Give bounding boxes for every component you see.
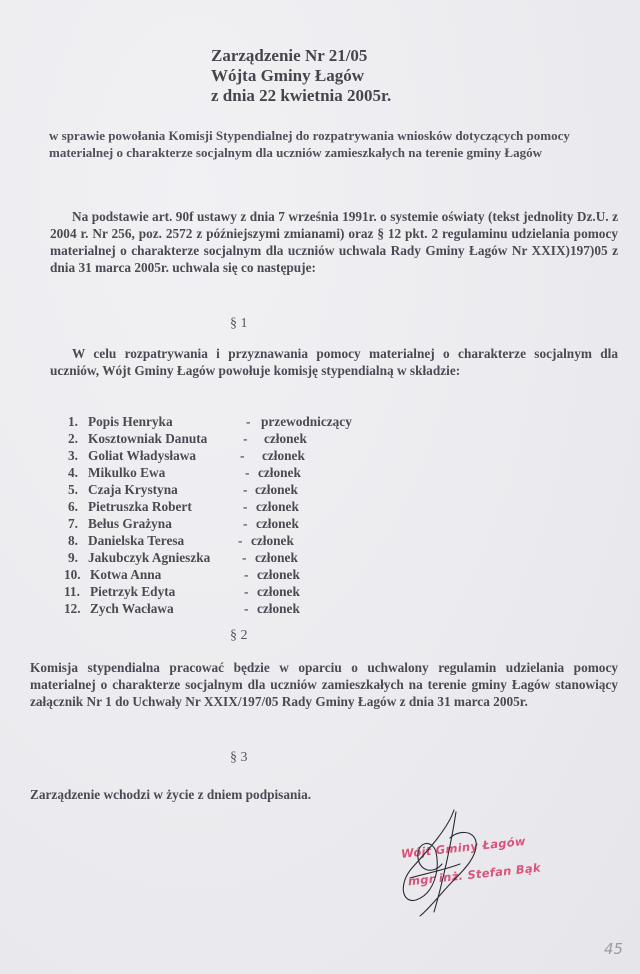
- member-name: Mikulko Ewa: [88, 464, 165, 481]
- member-dash: -: [240, 447, 244, 464]
- signature-icon: [390, 808, 510, 918]
- member-role: członek: [256, 498, 299, 515]
- member-number: 11.: [64, 583, 80, 600]
- member-dash: -: [244, 600, 248, 617]
- list-item: 12. Zych Wacława - członek: [64, 600, 68, 617]
- page-number: 45: [604, 940, 623, 958]
- title-line-1: Zarządzenie Nr 21/05: [211, 46, 391, 66]
- title-line-2: Wójta Gminy Łagów: [211, 66, 391, 86]
- member-name: Goliat Władysława: [88, 447, 196, 464]
- section-3-heading: § 3: [230, 750, 248, 766]
- member-role: członek: [258, 464, 301, 481]
- member-name: Kotwa Anna: [90, 566, 161, 583]
- member-dash: -: [244, 583, 248, 600]
- member-number: 10.: [64, 566, 81, 583]
- member-role: członek: [264, 430, 307, 447]
- member-role: członek: [251, 532, 294, 549]
- member-name: Danielska Teresa: [88, 532, 184, 549]
- section-1-heading: § 1: [230, 316, 248, 332]
- document-page: Zarządzenie Nr 21/05 Wójta Gminy Łagów z…: [0, 0, 640, 974]
- member-number: 2.: [68, 430, 78, 447]
- title-line-3: z dnia 22 kwietnia 2005r.: [211, 86, 391, 106]
- member-role: członek: [257, 600, 300, 617]
- member-dash: -: [243, 498, 247, 515]
- member-name: Popis Henryka: [88, 413, 173, 430]
- member-dash: -: [243, 515, 247, 532]
- member-number: 5.: [68, 481, 78, 498]
- member-number: 3.: [68, 447, 78, 464]
- member-dash: -: [238, 532, 242, 549]
- member-name: Zych Wacława: [90, 600, 174, 617]
- member-number: 9.: [68, 549, 78, 566]
- member-name: Kosztowniak Danuta: [88, 430, 207, 447]
- section-1-text: W celu rozpatrywania i przyznawania pomo…: [50, 345, 618, 379]
- member-role: członek: [262, 447, 305, 464]
- member-name: Pietrzyk Edyta: [90, 583, 175, 600]
- preamble-paragraph: Na podstawie art. 90f ustawy z dnia 7 wr…: [50, 208, 618, 276]
- member-number: 1.: [68, 413, 78, 430]
- list-item: 11. Pietrzyk Edyta - członek: [64, 583, 68, 600]
- member-number: 7.: [68, 515, 78, 532]
- section-2-heading: § 2: [230, 628, 248, 644]
- member-name: Czaja Krystyna: [88, 481, 178, 498]
- member-dash: -: [243, 481, 247, 498]
- member-dash: -: [245, 464, 249, 481]
- member-number: 4.: [68, 464, 78, 481]
- member-number: 8.: [68, 532, 78, 549]
- list-item: 10. Kotwa Anna - członek: [64, 566, 68, 583]
- member-role: członek: [257, 583, 300, 600]
- section-3-text: Zarządzenie wchodzi w życie z dniem podp…: [30, 786, 618, 803]
- member-role: członek: [255, 549, 298, 566]
- member-number: 12.: [64, 600, 81, 617]
- document-subject: w sprawie powołania Komisji Stypendialne…: [49, 127, 609, 161]
- member-name: Jakubczyk Agnieszka: [88, 549, 210, 566]
- member-dash: -: [244, 566, 248, 583]
- document-title: Zarządzenie Nr 21/05 Wójta Gminy Łagów z…: [211, 46, 391, 106]
- member-dash: -: [243, 430, 247, 447]
- member-role: członek: [257, 566, 300, 583]
- section-2-text: Komisja stypendialna pracować będzie w o…: [30, 659, 618, 710]
- member-role: członek: [255, 481, 298, 498]
- member-name: Bełus Grażyna: [88, 515, 172, 532]
- member-role: członek: [256, 515, 299, 532]
- member-dash: -: [242, 549, 246, 566]
- member-role: przewodniczący: [261, 413, 352, 430]
- member-number: 6.: [68, 498, 78, 515]
- member-name: Pietruszka Robert: [88, 498, 192, 515]
- member-dash: -: [246, 413, 250, 430]
